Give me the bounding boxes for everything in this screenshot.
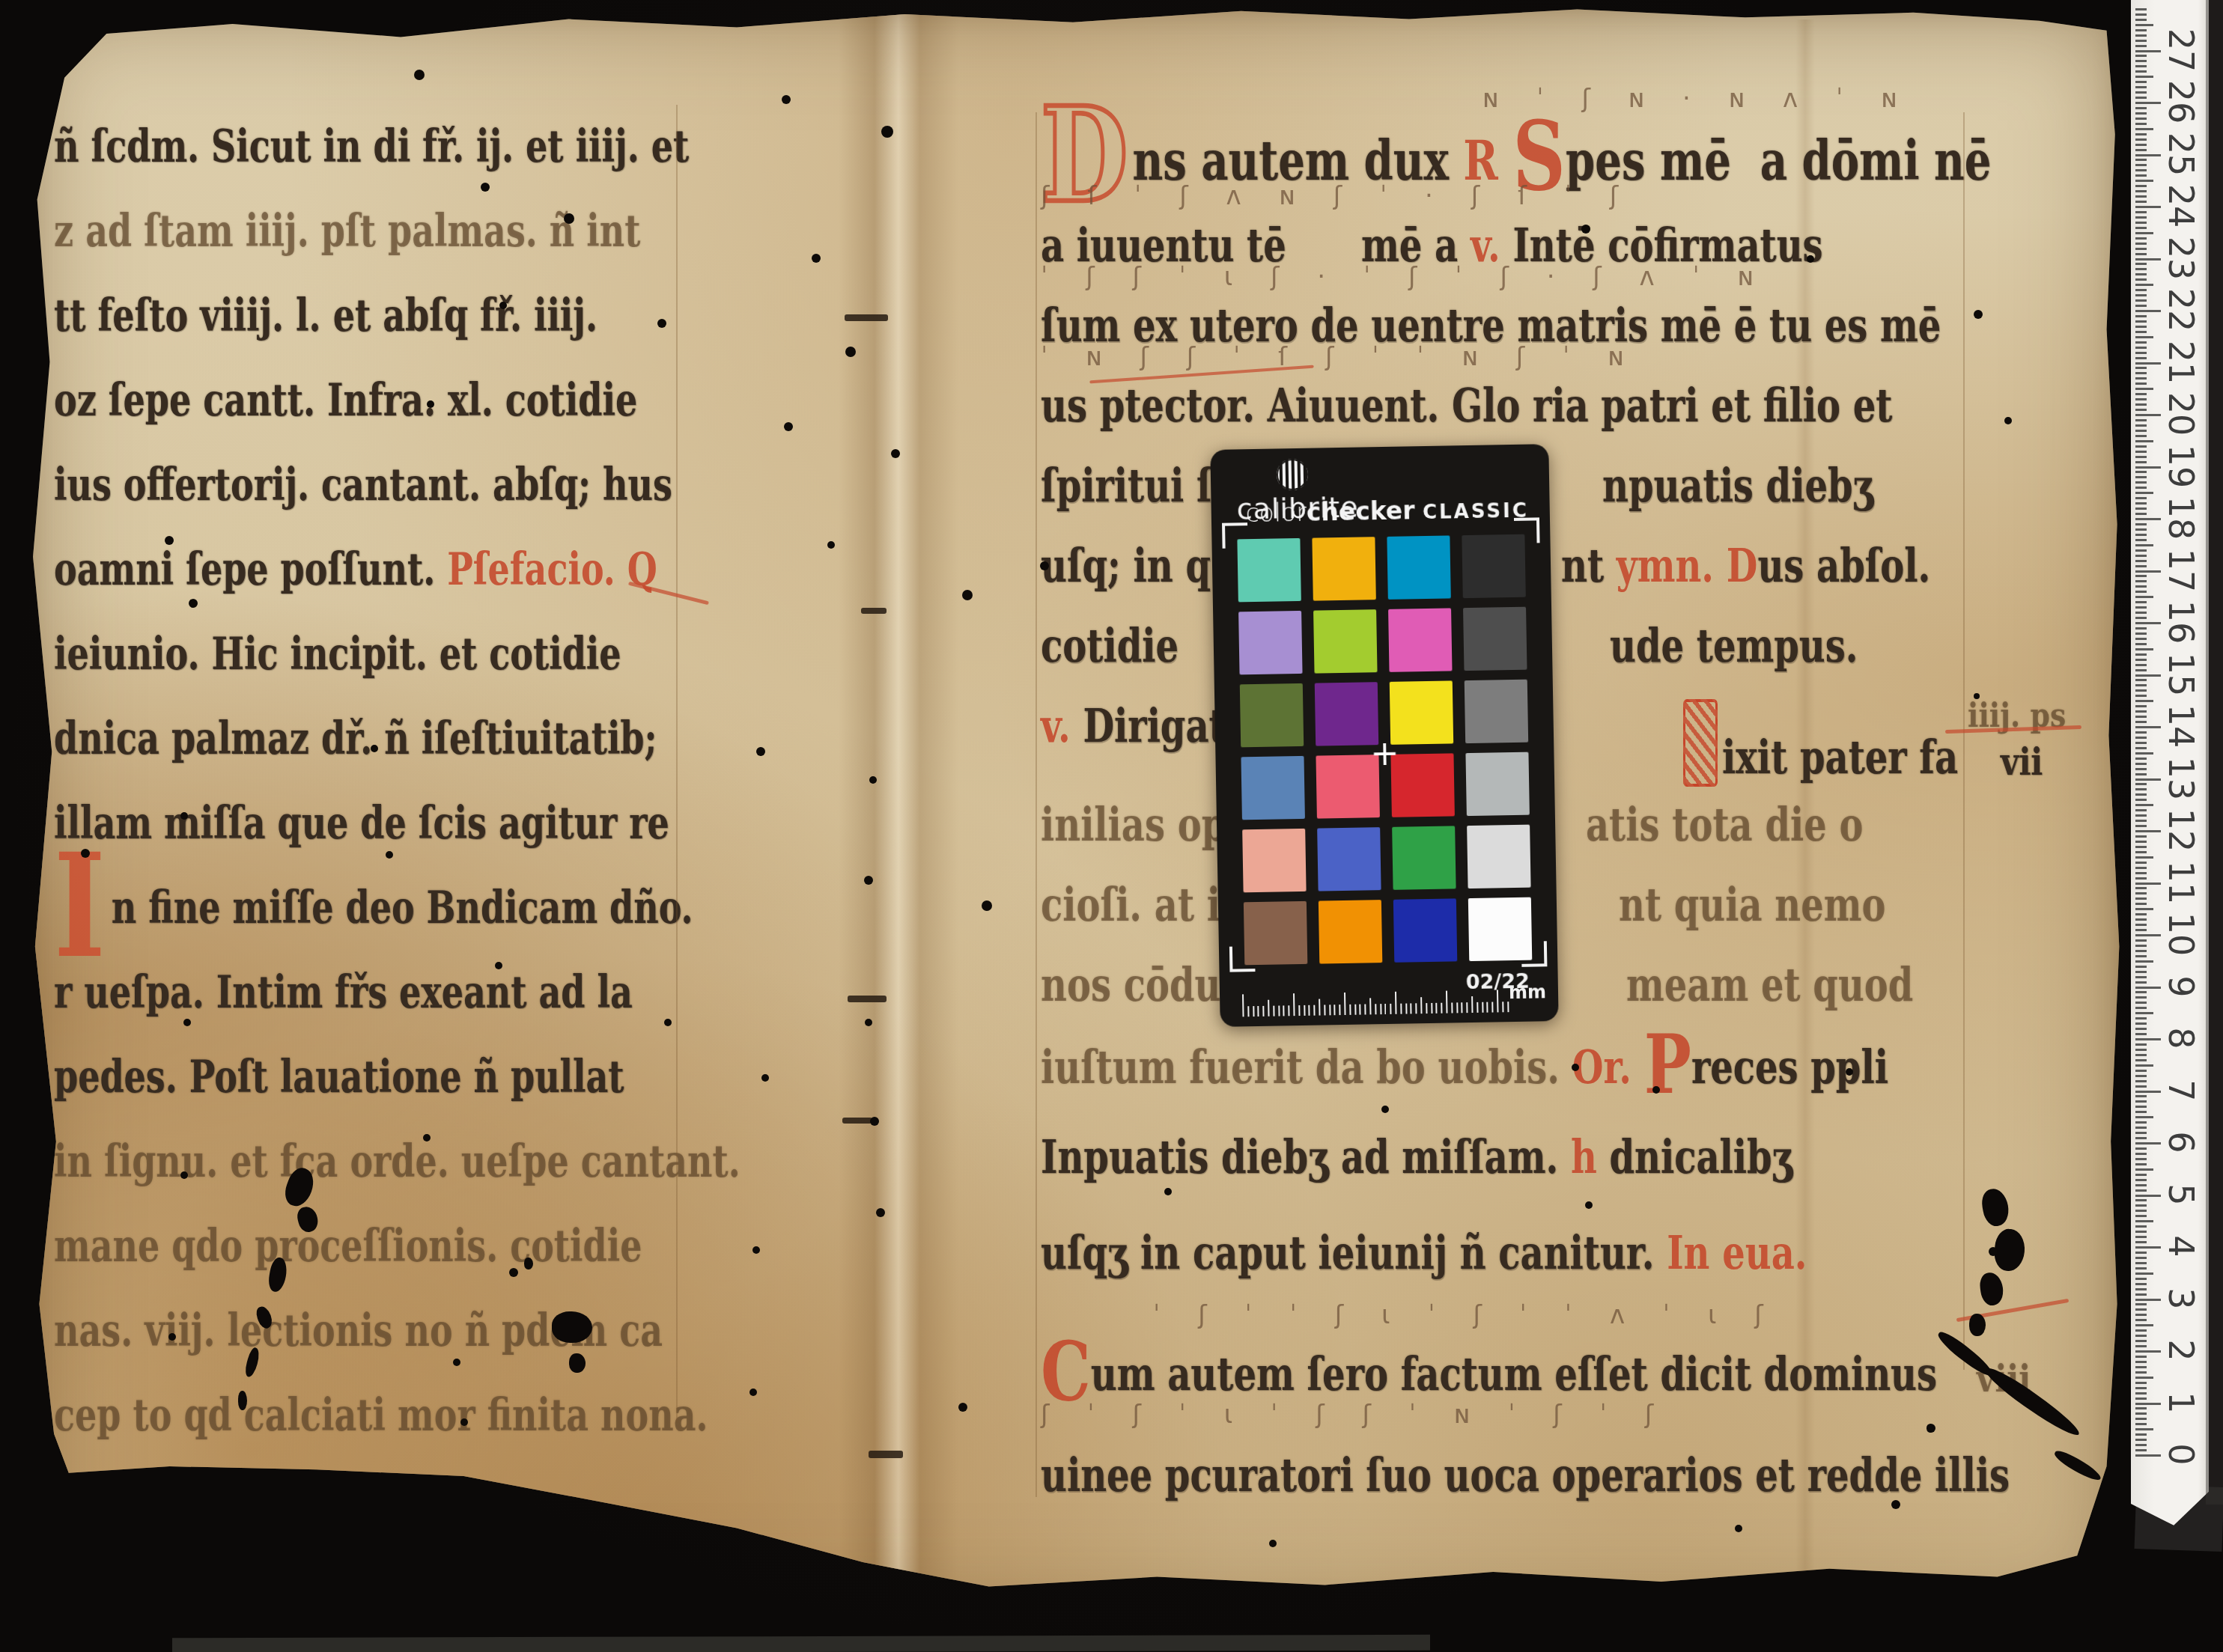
ruler-tick (2135, 1350, 2161, 1353)
right-page-text-line: ude tempus. (1610, 619, 1858, 674)
right-page-text-line: Cum autem ſero factum eſſet dicit dominu… (1041, 1347, 1937, 1402)
ruler-tick (2135, 1085, 2147, 1088)
ruler-tick (2135, 435, 2147, 437)
ruler-tick (2135, 1423, 2147, 1425)
ruler-tick (2135, 185, 2147, 187)
ruler-tick (2135, 856, 2153, 859)
ink-speck (982, 900, 992, 911)
ink-speck (869, 776, 877, 784)
ink-blot (552, 1311, 592, 1343)
ink-speck (1989, 1247, 1998, 1256)
ink-speck (1974, 310, 1983, 319)
ruler-tick (2135, 1246, 2161, 1249)
ruler-tick (2135, 804, 2153, 806)
ruler-tick (2135, 388, 2153, 390)
ruler-tick (2135, 960, 2153, 963)
ruler-number: 0 (2159, 1428, 2204, 1481)
right-page-text-line: ixit pater fa (1683, 699, 1958, 787)
ruler-tick (2135, 502, 2147, 505)
color-swatch (1393, 898, 1457, 962)
ruler-tick (2135, 144, 2147, 146)
card-scale-tick (1319, 999, 1320, 1016)
ruler-tick (2135, 112, 2147, 115)
left-page-text-line: oz ſepe cantt. Infra. xl. cotidie (54, 374, 637, 426)
neume-row: ʃ ˈ ʃ ˈ ɩ ˈ ʃ ʃ ˈ ɴ ˈ ʃ ˈ ʃ (1041, 1400, 1661, 1430)
margin-note: vii (2001, 740, 2043, 784)
ruling-line (1036, 112, 1037, 1497)
text-segment: cotidie (1041, 619, 1179, 674)
ruler-tick (2135, 1116, 2153, 1118)
ruler-tick (2135, 945, 2147, 947)
card-scale-tick (1329, 1005, 1331, 1015)
card-scale-tick (1288, 1005, 1289, 1016)
ruler-tick (2135, 1132, 2147, 1134)
ruler-tick (2135, 305, 2147, 307)
ruler-tick (2135, 1454, 2161, 1457)
card-scale-tick (1436, 1003, 1438, 1014)
ink-speck (1891, 1500, 1900, 1509)
ruler-tick (2135, 758, 2147, 760)
ruler-tick (2135, 471, 2147, 473)
ink-speck (495, 962, 502, 969)
text-segment (1683, 699, 1718, 787)
ruler-tick (2135, 1236, 2147, 1238)
ink-speck (453, 1359, 460, 1366)
ruler-tick (2135, 398, 2147, 400)
ruler-tick (2135, 950, 2147, 952)
ruler-tick (2135, 8, 2147, 10)
ruler-tick (2135, 612, 2147, 614)
binding-stitch (861, 608, 887, 614)
right-page-text-line: cioſi. at ill (1041, 878, 1247, 933)
text-segment: cep to qd calciati mor finita nona. (54, 1389, 708, 1441)
ruler-number: 10 (2159, 908, 2204, 960)
text-segment: ius offertorij. cantant. abſq; hus (54, 458, 672, 510)
ruler-number: 3 (2159, 1272, 2204, 1325)
ruler-tick (2135, 29, 2147, 31)
card-scale-tick (1354, 1005, 1356, 1015)
ruler-tick (2135, 570, 2161, 573)
text-segment: r ueſpa. Intim fřs exeant ad la (54, 966, 633, 1018)
ruler-tick (2135, 851, 2147, 853)
ruler-tick (2135, 809, 2147, 811)
ink-speck (664, 1019, 672, 1026)
text-segment: ſpiritui ſa (1041, 459, 1235, 513)
ruler-tick (2135, 299, 2147, 302)
color-swatch (1462, 534, 1525, 598)
ruler-tick (2135, 91, 2147, 94)
binding-stitch (848, 996, 887, 1002)
ruler-tick (2135, 248, 2147, 250)
gutter-fold (839, 4, 958, 1629)
ruler-tick (2135, 763, 2147, 765)
ruler-tick (2135, 1449, 2147, 1451)
card-scale-tick (1456, 1002, 1458, 1013)
ruler-tick (2135, 966, 2147, 968)
text-segment: ymn. D (1617, 539, 1758, 594)
ruler-tick (2135, 320, 2147, 323)
left-page-text-line: mane qdo proceſſionis. cotidie (54, 1219, 642, 1272)
ruler-tick (2135, 481, 2147, 484)
ink-speck (1735, 1525, 1742, 1532)
ruler-tick (2135, 1377, 2153, 1379)
ruler-tick (2135, 159, 2147, 161)
ruler-tick (2135, 1433, 2147, 1436)
ruler-number: 16 (2159, 596, 2204, 648)
ruler-number: 25 (2159, 128, 2204, 180)
ink-speck (865, 1019, 872, 1026)
ruler-tick (2135, 1444, 2147, 1446)
ink-speck (2004, 417, 2012, 424)
ruler-tick (2135, 326, 2147, 328)
card-scale-tick (1253, 1006, 1254, 1017)
right-page-text-line: uſqʒ in caput ieiunij ñ canitur. In eua. (1041, 1226, 1807, 1281)
ink-speck (876, 1208, 885, 1217)
ruler-tick (2135, 55, 2147, 57)
ruler-tick (2135, 814, 2147, 817)
ruler-tick (2135, 1007, 2147, 1009)
card-scale-tick (1405, 1004, 1407, 1014)
ruler-tick (2135, 1403, 2161, 1405)
left-page-text-line: ieiunio. Hic incipit. et cotidie (54, 627, 621, 680)
ruler-number: 27 (2159, 24, 2204, 76)
ruler-tick (2135, 237, 2147, 240)
ruler-tick (2135, 424, 2147, 427)
ruler-tick (2135, 1095, 2147, 1097)
ruler-tick (2135, 1308, 2147, 1311)
ruler-tick (2135, 1163, 2147, 1165)
ruler-tick (2135, 372, 2147, 374)
ruler-tick (2135, 788, 2147, 790)
text-segment: in ſignu. et fca orde. ueſpe cantant. (54, 1135, 741, 1187)
ink-speck (1807, 255, 1814, 263)
text-segment: ude tempus. (1610, 619, 1858, 674)
ruler-tick (2135, 1335, 2147, 1337)
ruler-tick (2135, 976, 2147, 978)
text-segment: tt feſto viiij. l. et abſq fř. iiij. (54, 289, 597, 341)
left-page-text-line: pedes. Poſt lauatione ñ pullat (54, 1050, 624, 1103)
left-page-text-line: oamni ſepe poſſunt. Pſefacio. Q (54, 543, 657, 595)
ruler-tick (2135, 996, 2147, 999)
card-scale-tick (1395, 992, 1397, 1014)
ruler-number: 22 (2159, 284, 2204, 336)
color-swatch (1238, 611, 1302, 674)
ruler-tick (2135, 721, 2147, 723)
left-page-text-line: r ueſpa. Intim fřs exeant ad la (54, 966, 633, 1018)
card-scale-tick (1369, 998, 1371, 1014)
ruler-tick (2135, 466, 2161, 469)
ruler-tick (2135, 934, 2161, 936)
ruler-tick (2135, 1272, 2153, 1275)
ink-speck (845, 347, 856, 357)
card-scale-tick (1313, 1005, 1315, 1016)
color-swatch (1317, 827, 1381, 891)
card-scale-tick (1375, 1004, 1376, 1014)
ruler-tick (2135, 726, 2161, 728)
card-scale-tick (1298, 1005, 1300, 1016)
ruler-tick (2135, 1231, 2147, 1233)
ruler-tick (2135, 164, 2147, 166)
neume-row: ˈ ʃ ʃ ˈ ɩ ʃ · ˈ ʃ ˈ ʃ · ʃ ʌ ˈ ɴ (1041, 262, 1761, 292)
ruler-tick (2135, 1356, 2147, 1358)
ruler-tick (2135, 648, 2153, 650)
ruler-tick (2135, 1158, 2147, 1160)
ink-speck (1846, 1068, 1853, 1076)
ruler-tick (2135, 154, 2161, 156)
text-segment: us ptector. Aiuuent. Glo ria patri et fi… (1041, 379, 1893, 433)
ruler-tick (2135, 539, 2147, 541)
ink-speck (864, 876, 873, 885)
ruler-tick (2135, 118, 2147, 120)
ruler-tick (2135, 638, 2147, 640)
ink-speck (761, 1074, 769, 1082)
ruler-tick (2135, 580, 2147, 582)
card-scale-tick (1411, 1003, 1412, 1014)
ruler-tick (2135, 1418, 2147, 1420)
text-segment: Pſefacio. Q (447, 543, 657, 595)
binding-stitch (842, 1118, 872, 1124)
ruler-tick (2135, 86, 2147, 88)
product-light: color (1245, 498, 1307, 528)
ruler-tick (2135, 315, 2147, 317)
card-scale-tick (1360, 1005, 1361, 1015)
center-cross-icon: + (1215, 730, 1554, 776)
color-swatch (1242, 829, 1306, 892)
ink-speck (1269, 1540, 1277, 1547)
ruler-number: 9 (2159, 960, 2204, 1013)
text-segment: ieiunio. Hic incipit. et cotidie (54, 627, 621, 680)
card-scale-tick (1324, 1005, 1325, 1015)
card-scale-tick (1268, 1000, 1269, 1017)
text-segment: uſq; in q (1041, 539, 1211, 594)
ruler-tick (2135, 1262, 2147, 1264)
binding-stitch (845, 314, 888, 321)
card-scale-tick (1309, 1005, 1310, 1016)
ink-speck (81, 849, 90, 858)
ruler-tick (2135, 633, 2147, 635)
ruler-tick (2135, 1366, 2147, 1368)
ruler-tick (2135, 1439, 2147, 1441)
ruler-tick (2135, 1195, 2161, 1197)
ruler-tick (2135, 227, 2147, 229)
ruler-tick (2135, 731, 2147, 734)
ruler-tick (2135, 591, 2147, 593)
ruler-tick (2135, 206, 2161, 208)
left-page-text-line: In fine miſſe deo Bndicam dño. (54, 881, 693, 933)
ruler-tick (2135, 793, 2147, 796)
ruler-edge-shadow (2206, 0, 2223, 1505)
card-scale-tick (1491, 1002, 1493, 1013)
ruler-number: 13 (2159, 752, 2204, 805)
text-segment: Or. (1572, 1040, 1644, 1095)
colorchecker-card: calibrite colorchecker CLASSIC + 02/22 m… (1210, 444, 1558, 1027)
neume-row: ɴ ˈ ʃ ɴ · ɴ ʌ ˈ ɴ (1482, 84, 1905, 114)
ruler-tick (2135, 222, 2147, 224)
ruler-tick (2135, 664, 2147, 666)
ruler-tick (2135, 1028, 2147, 1030)
support-board-edge (172, 1635, 1430, 1652)
ink-speck (1164, 1188, 1172, 1195)
ink-speck (657, 319, 666, 328)
ruler-tick (2135, 606, 2147, 609)
ink-speck (784, 422, 793, 431)
ruler-tick (2135, 1283, 2147, 1285)
ruler-tick (2135, 747, 2147, 749)
ink-speck (756, 747, 765, 756)
card-scale-tick (1451, 1002, 1453, 1013)
text-segment: iuſtum fuerit da bo uobis. (1041, 1040, 1572, 1095)
ruler-tick (2135, 1241, 2147, 1243)
ruler-tick (2135, 1142, 2161, 1144)
card-scale-tick (1293, 993, 1295, 1016)
ruler-tick (2135, 913, 2147, 915)
ruler-tick (2135, 1111, 2147, 1113)
ruler-tick (2135, 1257, 2147, 1259)
ruler-number: 5 (2159, 1168, 2204, 1221)
ruler-tick (2135, 862, 2147, 864)
ink-speck (183, 1019, 191, 1026)
card-scale-tick (1258, 1006, 1259, 1017)
ruler-tick (2135, 1293, 2147, 1296)
ruler-tick (2135, 45, 2147, 47)
card-scale-tick (1283, 1005, 1285, 1016)
ink-speck (1572, 1064, 1579, 1071)
card-scale-tick (1420, 997, 1422, 1014)
ruler-tick (2135, 622, 2161, 624)
calibrite-logo-icon (1277, 459, 1309, 491)
ruler-tick (2135, 955, 2147, 957)
ink-speck (509, 1268, 518, 1277)
ruler-tick (2135, 497, 2147, 499)
ruler-tick (2135, 596, 2153, 598)
ruler-tick (2135, 273, 2147, 275)
right-page-text-line: uinee pcuratori ſuo uoca operarios et re… (1041, 1448, 2010, 1503)
ink-speck (386, 851, 393, 859)
ruler-tick (2135, 492, 2153, 494)
ruler-tick (2135, 382, 2147, 385)
color-swatch (1392, 826, 1456, 889)
ruler-tick (2135, 971, 2147, 973)
ruler-tick (2135, 1121, 2147, 1124)
color-swatch (1244, 901, 1307, 965)
ruler-tick (2135, 201, 2147, 203)
ruler-number: 2 (2159, 1324, 2204, 1377)
text-segment: npuatis diebʒ (1602, 459, 1873, 513)
card-scale-tick (1482, 1002, 1483, 1013)
ruler-tick (2135, 13, 2147, 16)
left-page-text-line: ius offertorij. cantant. abſq; hus (54, 458, 672, 510)
ruler-tick (2135, 1361, 2147, 1363)
ruler-tick (2135, 1054, 2147, 1056)
card-scale-tick (1431, 1003, 1432, 1014)
ruler-tick (2135, 190, 2147, 192)
ruling-line (1963, 112, 1965, 1370)
ruler-tick (2135, 102, 2161, 104)
right-page-text-line: cotidie (1041, 619, 1179, 674)
ruler-tick (2135, 534, 2147, 536)
ruler-tick (2135, 409, 2147, 411)
right-page-text-line: npuatis diebʒ (1602, 459, 1873, 513)
ruler-tick (2135, 841, 2147, 843)
ruler-number: 21 (2159, 336, 2204, 388)
right-page-text-line: meam et quod (1626, 958, 1913, 1013)
text-segment: v. (1041, 699, 1083, 754)
text-segment: In eua. (1667, 1226, 1807, 1281)
ruler-tick (2135, 1220, 2153, 1222)
left-page-text-line: dnica palmaz dř. ñ iſeſtiuitatib; (54, 712, 657, 764)
ruler-tick (2135, 253, 2147, 255)
ruler-number: 18 (2159, 492, 2204, 544)
text-segment: pes mē a dōmi nē (1566, 129, 1991, 193)
ruler-tick (2135, 357, 2147, 359)
ink-speck (460, 1418, 468, 1426)
ruler-tick (2135, 627, 2147, 630)
ruler-tick (2135, 393, 2147, 395)
card-scale-tick (1487, 1002, 1488, 1013)
ruler-tick (2135, 1038, 2161, 1040)
ruler-tick (2135, 123, 2147, 125)
card-scale-tick (1400, 1004, 1402, 1014)
ruler-tick (2135, 34, 2147, 37)
text-segment: oamni ſepe poſſunt. (54, 543, 447, 595)
ink-speck (414, 70, 425, 80)
ruler-tick (2135, 877, 2147, 880)
ruler-tick (2135, 1210, 2147, 1212)
right-page-text-line: atis tota die o (1586, 798, 1863, 853)
ruler-tick (2135, 1314, 2147, 1316)
ruler-tick (2135, 659, 2147, 661)
ruler-tick (2135, 528, 2147, 531)
ruler-number: 14 (2159, 700, 2204, 752)
ruler-tick (2135, 487, 2147, 489)
ruler-tick (2135, 263, 2147, 265)
ruler-tick (2135, 1204, 2147, 1207)
ink-blot (1969, 1314, 1986, 1336)
ruler-tick (2135, 1199, 2147, 1201)
ruler-tick (2135, 892, 2147, 894)
ruler-tick (2135, 981, 2147, 984)
binding-stitch (869, 1451, 903, 1458)
ruler-number: 26 (2159, 76, 2204, 128)
ruler-number: 15 (2159, 648, 2204, 701)
card-scale-tick (1502, 1002, 1503, 1012)
ruler-tick (2135, 643, 2147, 645)
card-scale-tick (1349, 1005, 1351, 1015)
ruler-tick (2135, 76, 2153, 78)
ruler-tick (2135, 1070, 2147, 1072)
card-scale-tick (1262, 1006, 1264, 1017)
ruler-tick (2135, 1387, 2147, 1389)
product-bold: checker (1306, 496, 1414, 527)
ruler-tick (2135, 1100, 2147, 1103)
ruler-number: 4 (2159, 1220, 2204, 1272)
text-segment: P (1644, 1017, 1691, 1113)
ruler-tick (2135, 1371, 2147, 1374)
right-page-text-line: nt ymn. Dus abſol. (1561, 539, 1930, 594)
ruler-tick (2135, 195, 2147, 198)
ink-speck (827, 541, 835, 549)
ink-speck (168, 1333, 176, 1341)
ruler-tick (2135, 1106, 2147, 1108)
ruler-tick (2135, 1345, 2147, 1347)
color-swatch (1387, 535, 1450, 599)
ruler-tick (2135, 705, 2147, 707)
right-page-text-line: nos cōdux (1041, 958, 1242, 1013)
left-page-text-line: cep to qd calciati mor finita nona. (54, 1389, 708, 1441)
ruler-tick (2135, 700, 2153, 702)
ruler-tick (2135, 331, 2147, 333)
text-segment: pedes. Poſt lauatione ñ pullat (54, 1050, 624, 1103)
